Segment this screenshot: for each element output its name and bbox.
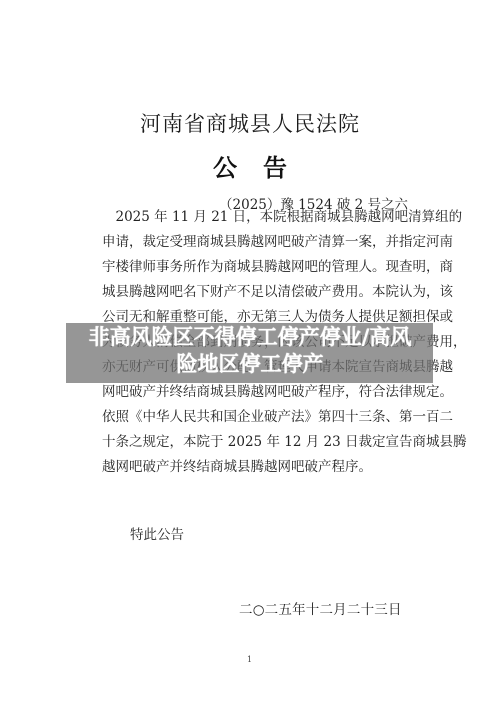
caption-line-2: 险地区停工停产: [60, 351, 440, 378]
body-line: 越网吧破产并终结商城县腾越网吧破产程序。: [102, 455, 428, 480]
body-line: 申请，裁定受理商城县腾越网吧破产清算一案，并指定河南: [102, 230, 428, 255]
caption-overlay-text: 非高风险区不得停工停产停业/高风 险地区停工停产: [60, 324, 440, 378]
closing-phrase: 特此公告: [130, 523, 184, 543]
body-line: 十条之规定，本院于 2025 年 12 月 23 日裁定宣告商城县腾: [102, 430, 428, 455]
court-name: 河南省商城县人民法院: [0, 108, 500, 138]
body-line: 网吧破产并终结商城县腾越网吧破产程序，符合法律规定。: [102, 380, 428, 405]
page-number: 1: [247, 655, 252, 664]
document-title: 公告: [0, 148, 500, 183]
body-line: 城县腾越网吧名下财产不足以清偿破产费用。本院认为，该: [102, 280, 428, 305]
signature-date: 二○二五年十二月二十三日: [239, 598, 402, 618]
body-line: 2025 年 11 月 21 日，本院根据商城县腾越网吧清算组的: [102, 205, 428, 230]
body-line: 宇楼律师事务所作为商城县腾越网吧的管理人。现查明，商: [102, 255, 428, 280]
caption-line-1: 非高风险区不得停工停产停业/高风: [60, 324, 440, 351]
body-line: 依照《中华人民共和国企业破产法》第四十三条、第一百二: [102, 405, 428, 430]
